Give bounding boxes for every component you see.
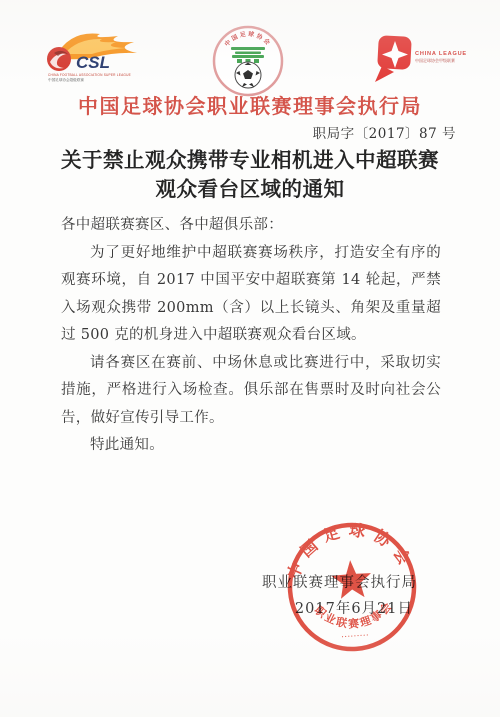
logo-row: CSL CHINA FOOTBALL ASSOCIATION SUPER LEA…: [0, 0, 500, 100]
china-league-label: CHINA LEAGUE: [415, 51, 467, 57]
body-paragraph-1: 为了更好地维护中超联赛赛场秩序，打造安全有序的观赛环境，自 2017 中国平安中…: [61, 240, 441, 350]
notice-title-line2: 观众看台区域的通知: [0, 175, 500, 204]
csl-subline-cn: 中国足球协会超级联赛: [48, 77, 84, 82]
seal-serial-marks: ·········: [341, 632, 369, 641]
notice-title: 关于禁止观众携带专业相机进入中超联赛 观众看台区域的通知: [0, 146, 500, 204]
salutation: 各中超联赛赛区、各中超俱乐部：: [61, 212, 441, 240]
issuing-org-title: 中国足球协会职业联赛理事会执行局: [0, 90, 500, 119]
official-seal-stamp: 中国足球协会 职业联赛理事会 ·········: [277, 512, 426, 661]
notice-body: 各中超联赛赛区、各中超俱乐部： 为了更好地维护中超联赛赛场秩序，打造安全有序的观…: [61, 212, 441, 460]
cfa-football-shape: [235, 62, 261, 88]
scanned-notice-document: CSL CHINA FOOTBALL ASSOCIATION SUPER LEA…: [0, 0, 500, 717]
notice-title-line1: 关于禁止观众携带专业相机进入中超联赛: [0, 146, 500, 175]
body-paragraph-3: 特此通知。: [61, 432, 441, 460]
seal-star-icon: [330, 559, 372, 600]
china-league-subline: 中国足球协会甲级联赛: [415, 57, 455, 63]
svg-text:职业联赛理事会: 职业联赛理事会: [311, 598, 397, 634]
seal-bottom-text: 职业联赛理事会: [311, 598, 397, 634]
csl-label: CSL: [76, 53, 110, 72]
body-paragraph-2: 请各赛区在赛前、中场休息或比赛进行中，采取切实措施，严格进行入场检查。俱乐部在售…: [61, 350, 441, 433]
document-number: 职局字〔2017〕87 号: [313, 122, 456, 142]
china-league-logo-icon: CHINA LEAGUE 中国足球协会甲级联赛: [370, 32, 470, 92]
csl-subline-en: CHINA FOOTBALL ASSOCIATION SUPER LEAGUE: [48, 73, 131, 77]
china-league-shield-shape: [375, 35, 412, 82]
csl-league-logo-icon: CSL CHINA FOOTBALL ASSOCIATION SUPER LEA…: [42, 26, 142, 88]
